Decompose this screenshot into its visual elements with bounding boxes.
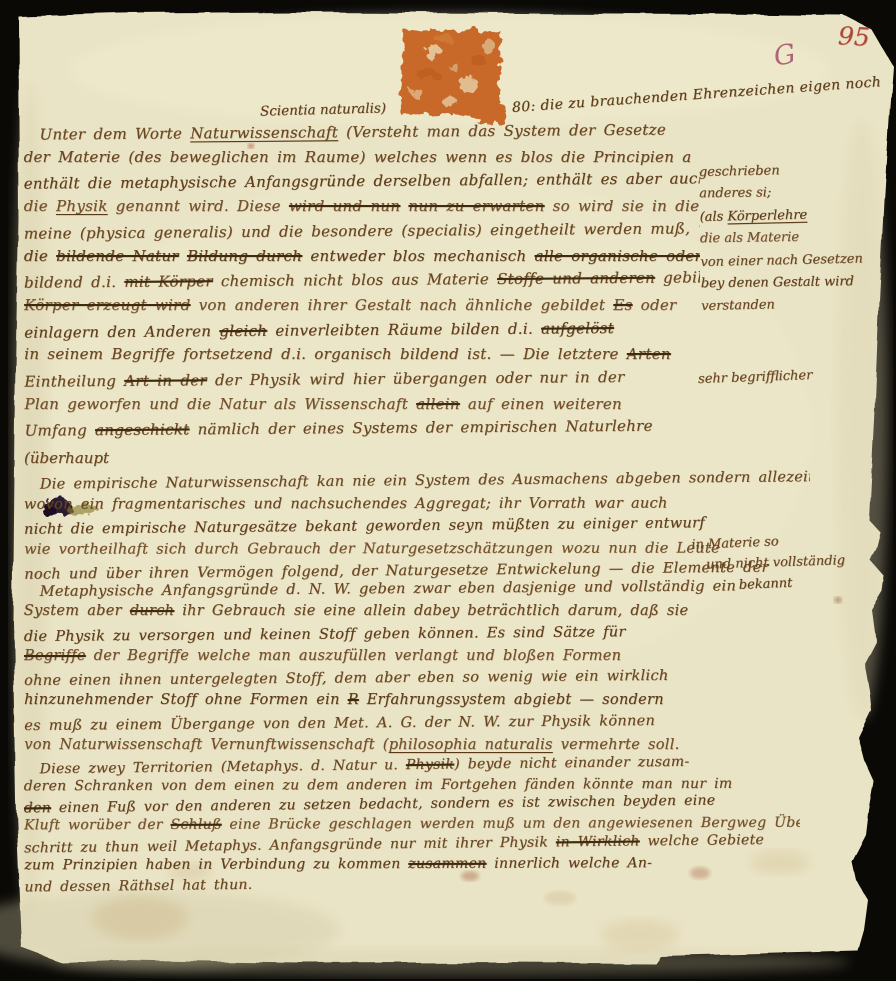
handwriting-line: Unter dem Worte Naturwissenschaft (Verst… [23, 117, 699, 147]
handwriting-line: Körper erzeugt wird von anderen ihrer Ge… [24, 293, 700, 318]
red-chalk-seal [401, 29, 504, 124]
handwriting-line: Begriffe der Begriffe welche man auszufü… [24, 645, 790, 667]
handwriting-line: es muß zu einem Übergange von den Met. A… [24, 709, 790, 737]
handwriting-line: meine (physica generalis) und die besond… [24, 216, 700, 246]
handwriting-line: verstanden [701, 292, 887, 318]
handwriting-line: enthält die metaphysische Anfangsgründe … [24, 167, 700, 197]
handwriting-line: die als Materie [700, 226, 886, 251]
margin-note-upper: geschriebenanderes si;(als Körperlehredi… [699, 158, 888, 318]
handwriting-line: die Physik genannt wird. Diese wird und … [24, 194, 700, 219]
title-scientia-naturalis: Scientia naturalis) [260, 100, 386, 119]
handwriting-line: einlagern den Anderen gleich einverleibt… [24, 315, 700, 345]
handwriting-line: Plan geworfen und die Natur als Wissensc… [24, 392, 700, 417]
paragraph-1: Unter dem Worte Naturwissenschaft (Verst… [23, 119, 700, 442]
handwriting-line: System aber durch ihr Gebrauch sie eine … [24, 600, 790, 622]
paragraph-3: Metaphysische Anfangsgründe d. N. W. geb… [24, 577, 791, 758]
paragraph-1-catchword: (überhaupt [24, 449, 109, 467]
handwriting-line: Umfang angeschickt nämlich der eines Sys… [24, 414, 700, 444]
paragraph-4: Diese zwey Territorien (Metaphys. d. Nat… [24, 753, 801, 896]
margin-note-lower: in Materie sound nicht vollständigbekann… [691, 528, 883, 598]
handwriting-line: hinzunehmender Stoff ohne Formen ein R E… [24, 689, 790, 711]
handwriting-line: der Materie (des beweglichen im Raume) w… [24, 145, 700, 170]
handwriting-line: bildend d.i. mit Körper chemisch nicht b… [24, 266, 700, 296]
handwriting-line: anderes si; [699, 181, 885, 206]
handwriting-line: Eintheilung Art in der der Physik wird h… [24, 364, 700, 394]
handwriting-line: in seinem Begriffe fortsetzend d.i. orga… [24, 342, 700, 367]
handwriting-line: die bildende Natur Bildung durch entwede… [24, 244, 700, 269]
folio-number: 95 [837, 21, 870, 52]
handwriting-line: die Physik zu versorgen und keinen Stoff… [24, 620, 790, 648]
manuscript-scan: 95 G Scientia naturalis) 80: die zu brau… [0, 0, 896, 981]
